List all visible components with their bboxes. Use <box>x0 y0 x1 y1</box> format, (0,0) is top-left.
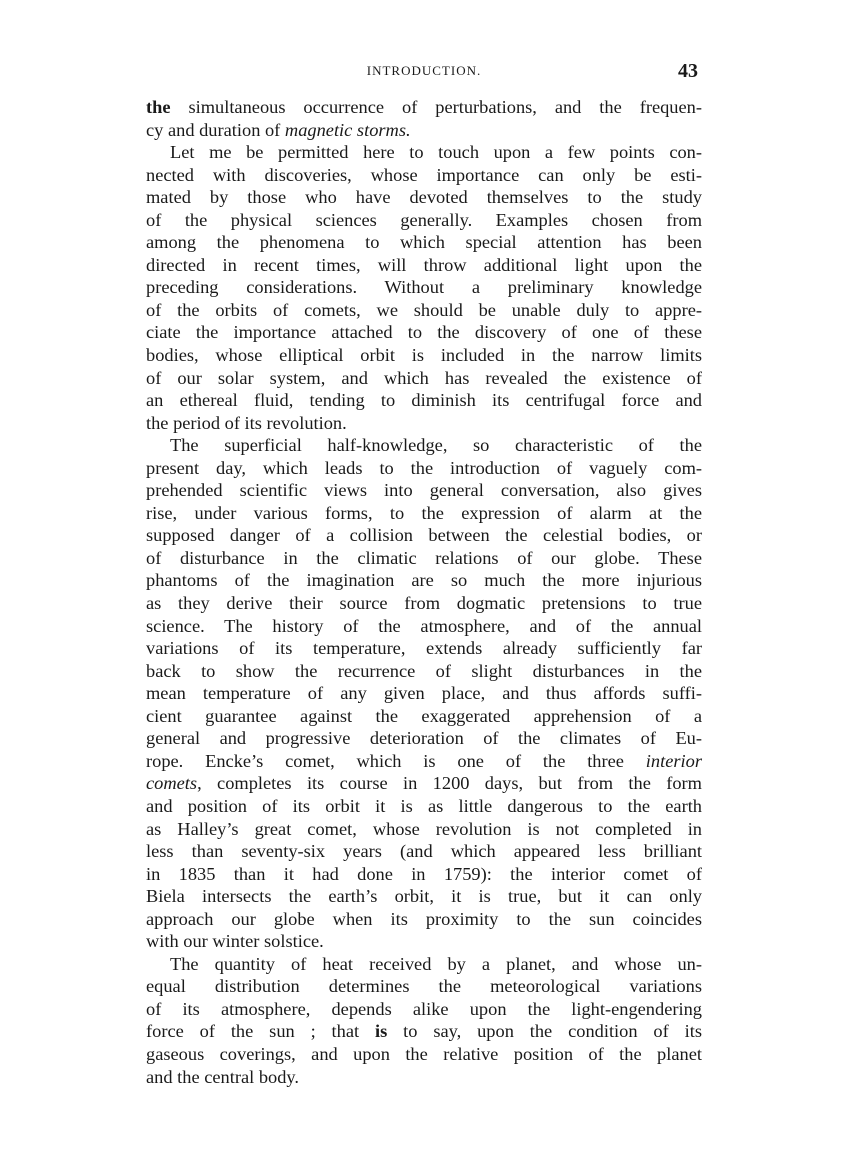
text-line: force of the sun ; that is to say, upon … <box>146 1020 702 1043</box>
text-segment: The superficial half-knowledge, so chara… <box>170 435 702 455</box>
text-line: as they derive their source from dogmati… <box>146 592 702 615</box>
text-line: an ethereal fluid, tending to diminish i… <box>146 389 702 412</box>
text-line: of disturbance in the climatic relations… <box>146 547 702 570</box>
text-line: back to show the recurrence of slight di… <box>146 660 702 683</box>
text-line: directed in recent times, will throw add… <box>146 254 702 277</box>
text-segment: rise, under various forms, to the expres… <box>146 503 702 523</box>
text-segment: variations of its temperature, extends a… <box>146 638 702 658</box>
text-line: variations of its temperature, extends a… <box>146 637 702 660</box>
text-line: comets, completes its course in 1200 day… <box>146 772 702 795</box>
text-line: supposed danger of a collision between t… <box>146 524 702 547</box>
text-line: less than seventy-six years (and which a… <box>146 840 702 863</box>
text-segment: in 1835 than it had done in 1759): the i… <box>146 864 702 884</box>
text-segment: of its atmosphere, depends alike upon th… <box>146 999 702 1019</box>
text-segment: as Halley’s great comet, whose revolutio… <box>146 819 702 839</box>
text-segment: general and progressive deterioration of… <box>146 728 702 748</box>
text-segment: mean temperature of any given place, and… <box>146 683 702 703</box>
paragraph: Let me be permitted here to touch upon a… <box>146 141 702 434</box>
text-line: in 1835 than it had done in 1759): the i… <box>146 863 702 886</box>
text-line: of the orbits of comets, we should be un… <box>146 299 702 322</box>
text-segment: rope. Encke’s comet, which is one of the… <box>146 751 646 771</box>
text-line: equal distribution determines the meteor… <box>146 975 702 998</box>
text-line: bodies, whose elliptical orbit is includ… <box>146 344 702 367</box>
text-line: as Halley’s great comet, whose revolutio… <box>146 818 702 841</box>
italic-text: comets <box>146 773 197 793</box>
text-segment: mated by those who have devoted themselv… <box>146 187 702 207</box>
text-line: and position of its orbit it is as littl… <box>146 795 702 818</box>
text-segment: supposed danger of a collision between t… <box>146 525 702 545</box>
text-segment: and the central body. <box>146 1067 299 1087</box>
text-line: rise, under various forms, to the expres… <box>146 502 702 525</box>
text-segment: force of the sun ; that <box>146 1021 375 1041</box>
text-segment: Biela intersects the earth’s orbit, it i… <box>146 886 702 906</box>
text-line: among the phenomena to which special att… <box>146 231 702 254</box>
text-segment: approach our globe when its proximity to… <box>146 909 702 929</box>
text-segment: cy and duration of <box>146 120 285 140</box>
text-line: the simultaneous occurrence of perturbat… <box>146 96 702 119</box>
text-line: present day, which leads to the introduc… <box>146 457 702 480</box>
text-line: prehended scientific views into general … <box>146 479 702 502</box>
text-segment: an ethereal fluid, tending to diminish i… <box>146 390 702 410</box>
text-segment: back to show the recurrence of slight di… <box>146 661 702 681</box>
text-line: rope. Encke’s comet, which is one of the… <box>146 750 702 773</box>
text-segment: less than seventy-six years (and which a… <box>146 841 702 861</box>
text-segment: among the phenomena to which special att… <box>146 232 702 252</box>
text-segment: of disturbance in the climatic relations… <box>146 548 702 568</box>
text-segment: , completes its course in 1200 days, but… <box>197 773 702 793</box>
bold-text: is <box>375 1021 387 1041</box>
text-line: Let me be permitted here to touch upon a… <box>146 141 702 164</box>
text-segment: of the orbits of comets, we should be un… <box>146 300 702 320</box>
text-line: nected with discoveries, whose importanc… <box>146 164 702 187</box>
text-line: The quantity of heat received by a plane… <box>146 953 702 976</box>
text-segment: simultaneous occurrence of perturbations… <box>171 97 702 117</box>
text-line: preceding considerations. Without a prel… <box>146 276 702 299</box>
paragraph: The superficial half-knowledge, so chara… <box>146 434 702 953</box>
text-line: The superficial half-knowledge, so chara… <box>146 434 702 457</box>
text-segment: equal distribution determines the meteor… <box>146 976 702 996</box>
text-line: mean temperature of any given place, and… <box>146 682 702 705</box>
text-segment: gaseous coverings, and upon the relative… <box>146 1044 702 1064</box>
page-number: 43 <box>678 60 698 83</box>
bold-text: the <box>146 97 171 117</box>
text-segment: bodies, whose elliptical orbit is includ… <box>146 345 702 365</box>
text-line: Biela intersects the earth’s orbit, it i… <box>146 885 702 908</box>
text-segment: cient guarantee against the exaggerated … <box>146 706 702 726</box>
text-segment: nected with discoveries, whose importanc… <box>146 165 702 185</box>
text-segment: directed in recent times, will throw add… <box>146 255 702 275</box>
book-page: INTRODUCTION. 43 the simultaneous occurr… <box>0 0 850 1150</box>
text-line: the period of its revolution. <box>146 412 702 435</box>
italic-text: interior <box>646 751 702 771</box>
text-line: of our solar system, and which has revea… <box>146 367 702 390</box>
text-segment: preceding considerations. Without a prel… <box>146 277 702 297</box>
text-line: and the central body. <box>146 1066 702 1089</box>
text-segment: to say, upon the condition of its <box>387 1021 702 1041</box>
running-head: INTRODUCTION. 43 <box>146 60 702 84</box>
text-segment: of the physical sciences generally. Exam… <box>146 210 702 230</box>
text-line: phantoms of the imagination are so much … <box>146 569 702 592</box>
running-title: INTRODUCTION. <box>146 63 702 79</box>
text-line: with our winter solstice. <box>146 930 702 953</box>
italic-text: magnetic storms. <box>285 120 411 140</box>
text-segment: The quantity of heat received by a plane… <box>170 954 702 974</box>
text-segment: phantoms of the imagination are so much … <box>146 570 702 590</box>
text-line: gaseous coverings, and upon the relative… <box>146 1043 702 1066</box>
body-text: the simultaneous occurrence of perturbat… <box>146 96 702 1088</box>
text-segment: science. The history of the atmosphere, … <box>146 616 702 636</box>
text-segment: prehended scientific views into general … <box>146 480 702 500</box>
paragraph: The quantity of heat received by a plane… <box>146 953 702 1088</box>
text-line: mated by those who have devoted themselv… <box>146 186 702 209</box>
text-segment: and position of its orbit it is as littl… <box>146 796 702 816</box>
text-line: cient guarantee against the exaggerated … <box>146 705 702 728</box>
paragraph: the simultaneous occurrence of perturbat… <box>146 96 702 141</box>
text-line: approach our globe when its proximity to… <box>146 908 702 931</box>
text-segment: of our solar system, and which has revea… <box>146 368 702 388</box>
text-segment: Let me be permitted here to touch upon a… <box>170 142 702 162</box>
text-segment: ciate the importance attached to the dis… <box>146 322 702 342</box>
text-segment: as they derive their source from dogmati… <box>146 593 702 613</box>
text-line: general and progressive deterioration of… <box>146 727 702 750</box>
text-line: science. The history of the atmosphere, … <box>146 615 702 638</box>
text-line: ciate the importance attached to the dis… <box>146 321 702 344</box>
text-segment: the period of its revolution. <box>146 413 347 433</box>
text-segment: present day, which leads to the introduc… <box>146 458 702 478</box>
text-line: of its atmosphere, depends alike upon th… <box>146 998 702 1021</box>
text-line: cy and duration of magnetic storms. <box>146 119 702 142</box>
text-segment: with our winter solstice. <box>146 931 324 951</box>
text-line: of the physical sciences generally. Exam… <box>146 209 702 232</box>
